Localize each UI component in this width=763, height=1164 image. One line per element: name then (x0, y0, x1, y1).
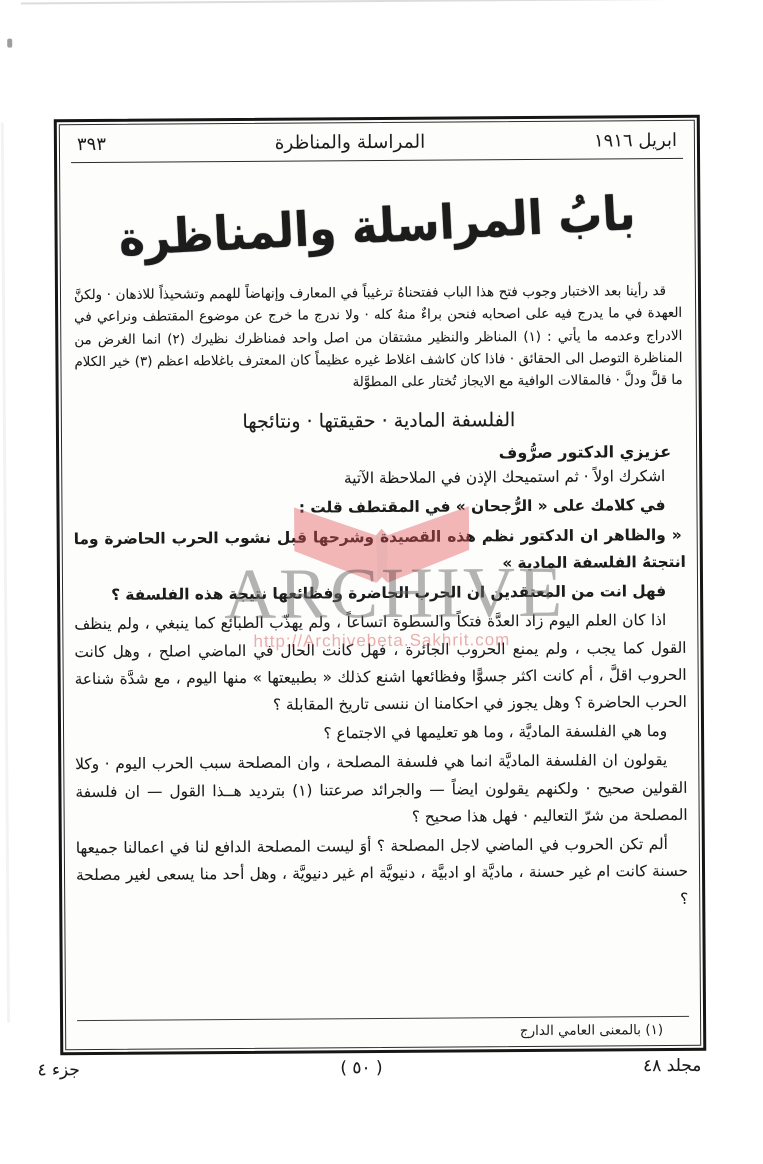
letter-paragraph: ألم تكن الحروب في الماضي لاجل المصلحة ؟ … (76, 831, 689, 917)
scanned-page: ابريل ١٩١٦ المراسلة والمناظرة ٣٩٣ بابُ ا… (0, 0, 763, 1164)
letter-quote: « والظاهر ان الدكتور نظم هذه القصيدة وشر… (74, 522, 686, 581)
letter-paragraph: وما هي الفلسفة الماديَّة ، وما هو تعليمه… (75, 718, 687, 749)
letter-paragraph: في كلامك على « الرُّجحان » في المقتطف قل… (73, 492, 685, 523)
page-footer: مجلد ٤٨ ( ٥٠ ) جزء ٤ (37, 1056, 701, 1081)
header-date: ابريل ١٩١٦ (594, 130, 677, 152)
footnote: (١) بالمعنى العامي الدارج (77, 1016, 689, 1042)
article-title: الفلسفة المادية · حقيقتها · ونتائجها (73, 408, 685, 434)
footer-volume: مجلد ٤٨ (643, 1056, 701, 1076)
footer-center-number: ( ٥٠ ) (340, 1058, 382, 1078)
letter-paragraph: اشكرك اولاً · ثم استميحك الإذن في الملاح… (73, 463, 685, 494)
header-page-number: ٣٩٣ (77, 134, 106, 155)
letter-body: عزيزي الدكتور صرُّوف اشكرك اولاً · ثم اس… (73, 442, 688, 917)
footer-part: جزء ٤ (37, 1060, 80, 1080)
page-frame: ابريل ١٩١٦ المراسلة والمناظرة ٣٩٣ بابُ ا… (54, 115, 707, 1055)
scan-speck-artifact (7, 39, 12, 48)
header-section-title: المراسلة والمناظرة (275, 132, 426, 154)
letter-paragraph: فهل انت من المعتقدين ان الحرب الحاضرة وف… (74, 578, 686, 609)
page-header: ابريل ١٩١٦ المراسلة والمناظرة ٣٩٣ (71, 126, 683, 163)
editorial-notice: قد رأينا بعد الاختبار وجوب فتح هذا الباب… (74, 281, 683, 396)
calligraphic-banner: بابُ المراسلة والمناظرة (71, 173, 684, 279)
scan-streak-artifact (1, 123, 10, 1023)
calligraphic-title-text: بابُ المراسلة والمناظرة (118, 185, 637, 266)
letter-paragraph: يقولون ان الفلسفة الماديَّة انما هي فلسف… (75, 747, 688, 833)
scan-edge-artifact (21, 0, 739, 5)
letter-salutation: عزيزي الدكتور صرُّوف (73, 442, 671, 465)
letter-paragraph: اذا كان العلم اليوم زاد العدَّة فتكاً وا… (74, 607, 687, 720)
